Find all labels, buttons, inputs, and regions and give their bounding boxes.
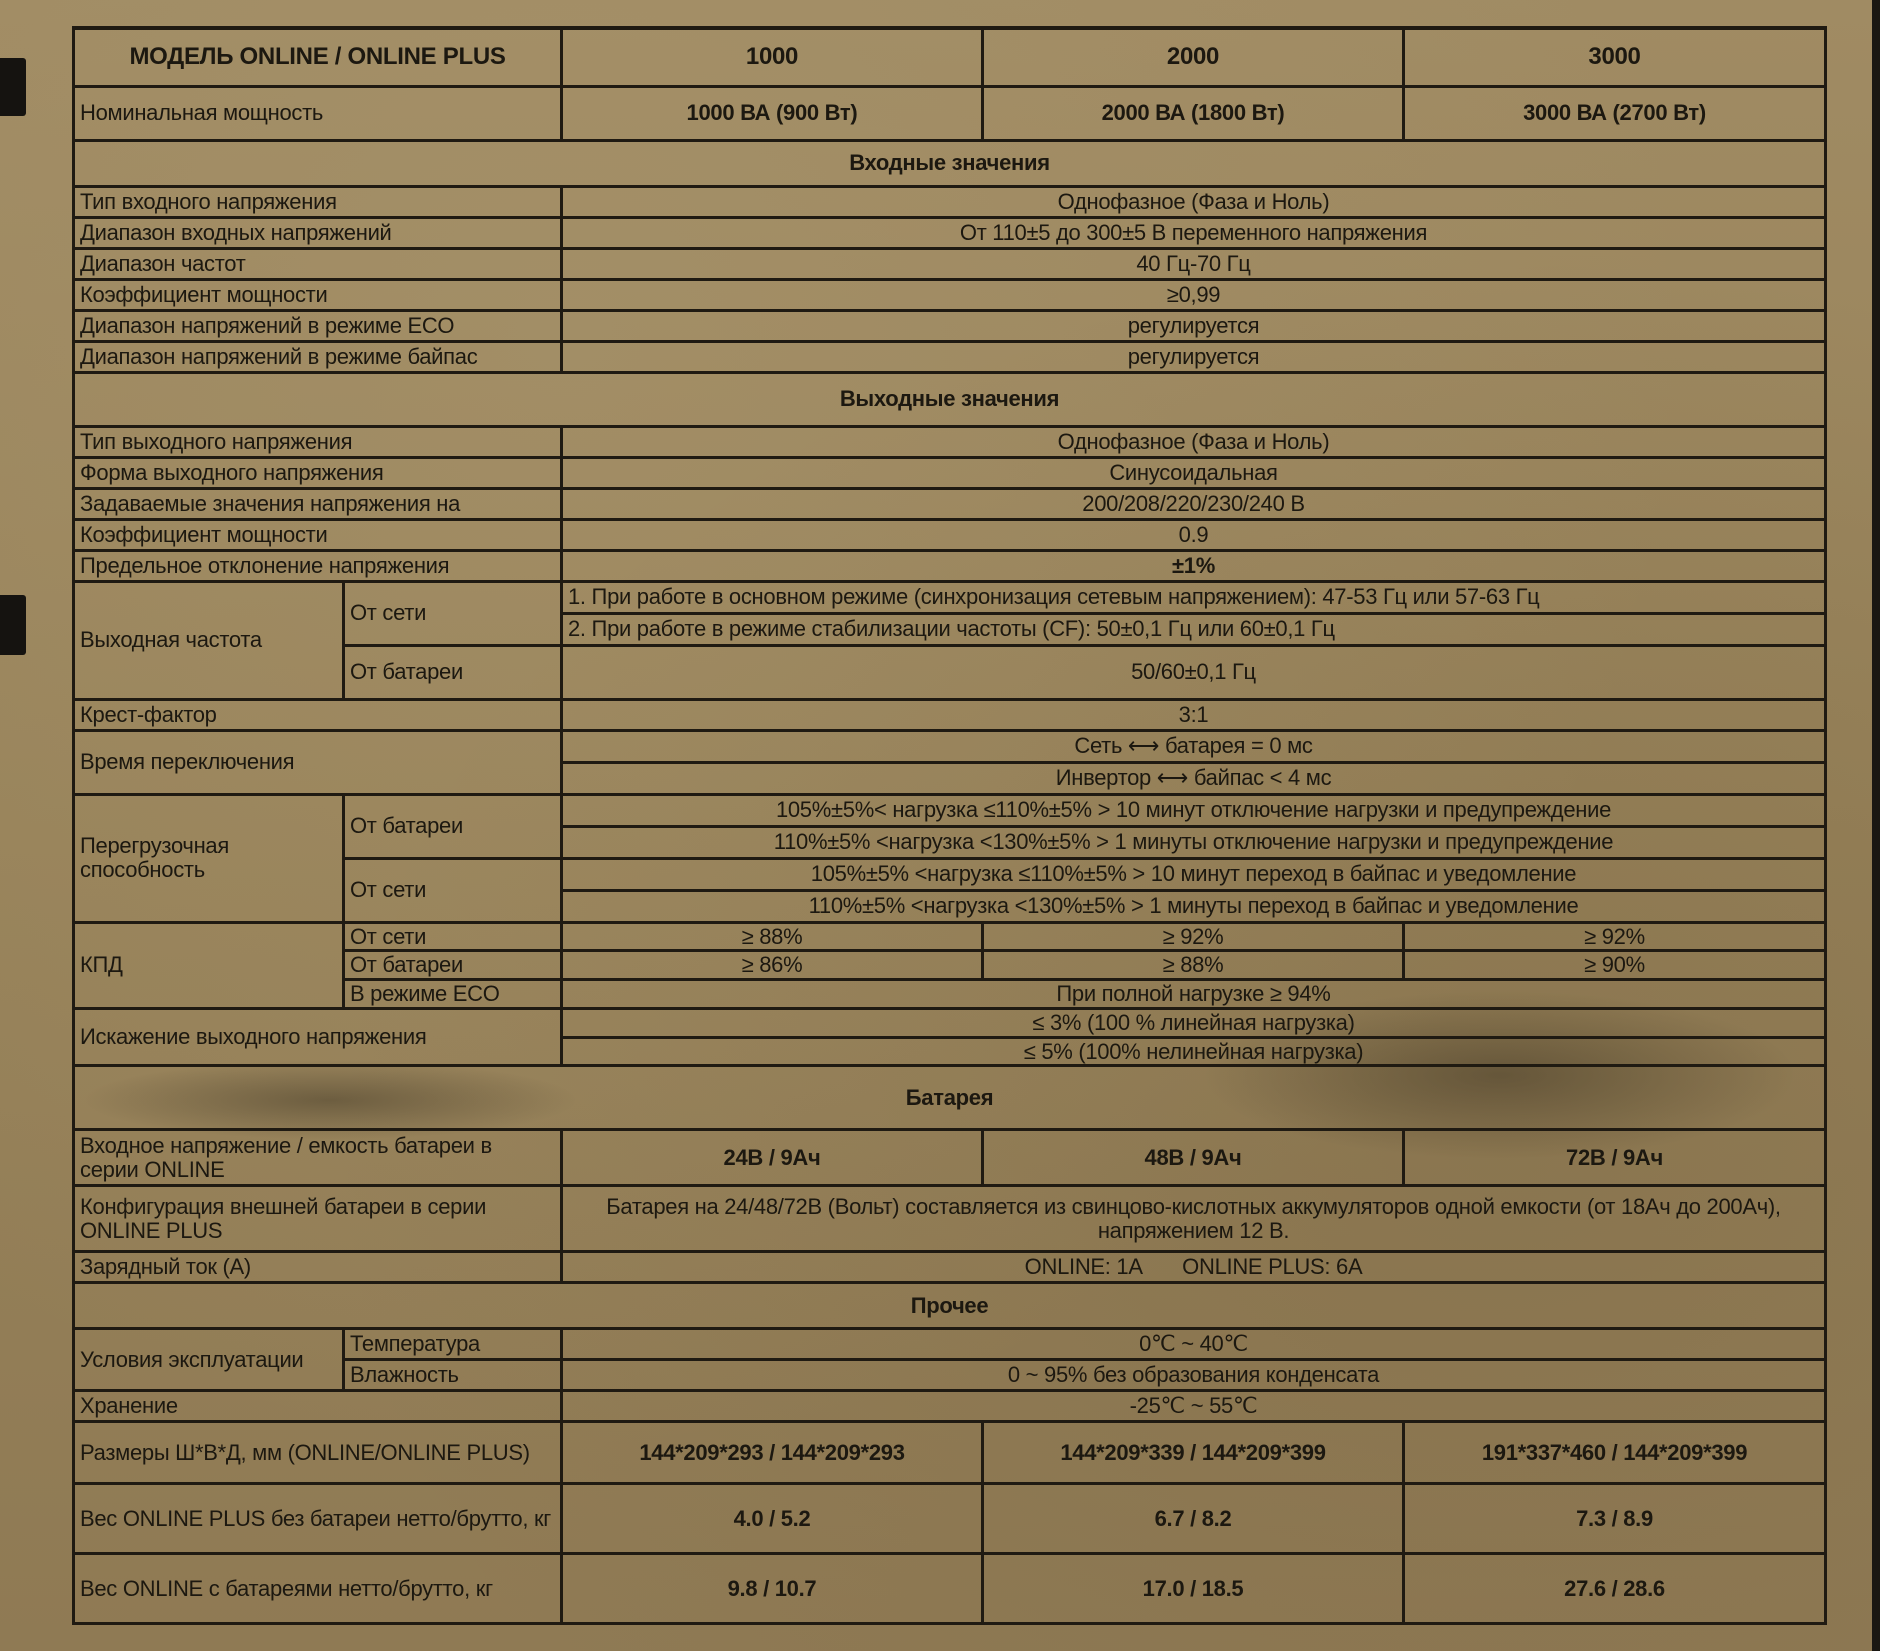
storage-value: -25℃ ~ 55℃ [562, 1391, 1826, 1422]
binder-tab-top [0, 58, 26, 116]
output-row: Форма выходного напряжения Синусоидальна… [74, 457, 1826, 488]
distortion-row: Искажение выходного напряжения ≤ 3% (100… [74, 1008, 1826, 1037]
rated-power-row: Номинальная мощность 1000 ВА (900 Вт) 20… [74, 86, 1826, 140]
storage-row: Хранение -25℃ ~ 55℃ [74, 1391, 1826, 1422]
battery-voltage-row: Входное напряжение / емкость батареи в с… [74, 1130, 1826, 1186]
overload-mains-value: 110%±5% <нагрузка <130%±5% > 1 минуты пе… [562, 890, 1826, 922]
rated-power-3000: 3000 ВА (2700 Вт) [1404, 86, 1826, 140]
section-other: Прочее [74, 1283, 1826, 1329]
battery-voltage-1000: 24В / 9Ач [562, 1130, 983, 1186]
input-row-label: Диапазон напряжений в режиме ECO [74, 310, 562, 341]
output-row: Тип выходного напряжения Однофазное (Фаз… [74, 426, 1826, 457]
output-frequency-battery-label: От батареи [344, 645, 562, 699]
weight-online-label: Вес ONLINE с батареями нетто/брутто, кг [74, 1554, 562, 1624]
overload-battery-value: 110%±5% <нагрузка <130%±5% > 1 минуты от… [562, 826, 1826, 858]
input-row-value: регулируется [562, 341, 1826, 372]
output-row-value: ±1% [562, 550, 1826, 581]
efficiency-mains-1000: ≥ 88% [562, 922, 983, 951]
operating-humidity-label: Влажность [344, 1360, 562, 1391]
weight-online-row: Вес ONLINE с батареями нетто/брутто, кг … [74, 1554, 1826, 1624]
section-output-title: Выходные значения [74, 372, 1826, 426]
overload-mains-value: 105%±5% <нагрузка ≤110%±5% > 10 минут пе… [562, 858, 1826, 890]
distortion-label: Искажение выходного напряжения [74, 1008, 562, 1066]
battery-config-row: Конфигурация внешней батареи в серии ONL… [74, 1186, 1826, 1252]
efficiency-eco-label: В режиме ECO [344, 980, 562, 1009]
section-output: Выходные значения [74, 372, 1826, 426]
output-frequency-mains-label: От сети [344, 581, 562, 645]
transfer-time-value: Инвертор ⟷ байпас < 4 мс [562, 762, 1826, 794]
output-frequency-battery-value: 50/60±0,1 Гц [562, 645, 1826, 699]
spec-table: МОДЕЛЬ ONLINE / ONLINE PLUS 1000 2000 30… [72, 26, 1827, 1625]
input-row-label: Диапазон частот [74, 248, 562, 279]
output-row: Предельное отклонение напряжения ±1% [74, 550, 1826, 581]
section-battery-title: Батарея [74, 1066, 1826, 1130]
output-row-value: Однофазное (Фаза и Ноль) [562, 426, 1826, 457]
dimensions-2000: 144*209*339 / 144*209*399 [983, 1422, 1404, 1484]
model-3000: 3000 [1404, 28, 1826, 86]
model-2000: 2000 [983, 28, 1404, 86]
efficiency-mains-label: От сети [344, 922, 562, 951]
section-battery: Батарея [74, 1066, 1826, 1130]
crest-factor-value: 3:1 [562, 699, 1826, 730]
weight-online-3000: 27.6 / 28.6 [1404, 1554, 1826, 1624]
efficiency-battery-label: От батареи [344, 951, 562, 980]
efficiency-label: КПД [74, 922, 344, 1008]
input-row-value: 40 Гц-70 Гц [562, 248, 1826, 279]
distortion-value: ≤ 5% (100% нелинейная нагрузка) [562, 1037, 1826, 1066]
dimensions-label: Размеры Ш*В*Д, мм (ONLINE/ONLINE PLUS) [74, 1422, 562, 1484]
input-row-value: От 110±5 до 300±5 В переменного напряжен… [562, 217, 1826, 248]
input-row-value: ≥0,99 [562, 279, 1826, 310]
overload-battery-label: От батареи [344, 794, 562, 858]
model-header-row: МОДЕЛЬ ONLINE / ONLINE PLUS 1000 2000 30… [74, 28, 1826, 86]
operating-temp-value: 0℃ ~ 40℃ [562, 1329, 1826, 1360]
charge-current-value: ONLINE: 1A ONLINE PLUS: 6A [562, 1252, 1826, 1283]
weight-plus-label: Вес ONLINE PLUS без батареи нетто/брутто… [74, 1484, 562, 1554]
input-row-label: Тип входного напряжения [74, 186, 562, 217]
weight-plus-3000: 7.3 / 8.9 [1404, 1484, 1826, 1554]
page-edge [1872, 0, 1880, 1651]
distortion-value: ≤ 3% (100 % линейная нагрузка) [562, 1008, 1826, 1037]
rated-power-label: Номинальная мощность [74, 86, 562, 140]
binder-tab-middle [0, 595, 26, 655]
output-frequency-mains-value: 2. При работе в режиме стабилизации част… [562, 613, 1826, 645]
output-row-label: Коэффициент мощности [74, 519, 562, 550]
input-row: Коэффициент мощности ≥0,99 [74, 279, 1826, 310]
model-1000: 1000 [562, 28, 983, 86]
input-row: Тип входного напряжения Однофазное (Фаза… [74, 186, 1826, 217]
efficiency-battery-1000: ≥ 86% [562, 951, 983, 980]
transfer-time-label: Время переключения [74, 730, 562, 794]
section-input-title: Входные значения [74, 140, 1826, 186]
weight-online-2000: 17.0 / 18.5 [983, 1554, 1404, 1624]
output-frequency-label: Выходная частота [74, 581, 344, 699]
battery-voltage-3000: 72В / 9Ач [1404, 1130, 1826, 1186]
output-row-value: 200/208/220/230/240 В [562, 488, 1826, 519]
output-row: Коэффициент мощности 0.9 [74, 519, 1826, 550]
operating-label: Условия эксплуатации [74, 1329, 344, 1391]
rated-power-1000: 1000 ВА (900 Вт) [562, 86, 983, 140]
output-row-label: Форма выходного напряжения [74, 457, 562, 488]
output-frequency-mains-value: 1. При работе в основном режиме (синхрон… [562, 581, 1826, 613]
output-row: Задаваемые значения напряжения на 200/20… [74, 488, 1826, 519]
weight-plus-2000: 6.7 / 8.2 [983, 1484, 1404, 1554]
battery-config-value: Батарея на 24/48/72В (Вольт) составляетс… [562, 1186, 1826, 1252]
output-row-value: 0.9 [562, 519, 1826, 550]
output-row-label: Задаваемые значения напряжения на [74, 488, 562, 519]
weight-online-1000: 9.8 / 10.7 [562, 1554, 983, 1624]
battery-voltage-label: Входное напряжение / емкость батареи в с… [74, 1130, 562, 1186]
battery-voltage-2000: 48В / 9Ач [983, 1130, 1404, 1186]
input-row: Диапазон частот 40 Гц-70 Гц [74, 248, 1826, 279]
input-row-value: Однофазное (Фаза и Ноль) [562, 186, 1826, 217]
crest-factor-label: Крест-фактор [74, 699, 562, 730]
battery-config-label: Конфигурация внешней батареи в серии ONL… [74, 1186, 562, 1252]
efficiency-battery-2000: ≥ 88% [983, 951, 1404, 980]
output-row-value: Синусоидальная [562, 457, 1826, 488]
operating-humidity-value: 0 ~ 95% без образования конденсата [562, 1360, 1826, 1391]
overload-label: Перегрузочная способность [74, 794, 344, 922]
model-label: МОДЕЛЬ ONLINE / ONLINE PLUS [74, 28, 562, 86]
crest-factor-row: Крест-фактор 3:1 [74, 699, 1826, 730]
input-row-value: регулируется [562, 310, 1826, 341]
input-row: Диапазон напряжений в режиме ECO регулир… [74, 310, 1826, 341]
input-row: Диапазон входных напряжений От 110±5 до … [74, 217, 1826, 248]
overload-mains-label: От сети [344, 858, 562, 922]
section-input: Входные значения [74, 140, 1826, 186]
transfer-time-value: Сеть ⟷ батарея = 0 мс [562, 730, 1826, 762]
output-row-label: Тип выходного напряжения [74, 426, 562, 457]
transfer-time-row: Время переключения Сеть ⟷ батарея = 0 мс [74, 730, 1826, 762]
efficiency-mains-3000: ≥ 92% [1404, 922, 1826, 951]
efficiency-eco-value: При полной нагрузке ≥ 94% [562, 980, 1826, 1009]
output-row-label: Предельное отклонение напряжения [74, 550, 562, 581]
weight-plus-1000: 4.0 / 5.2 [562, 1484, 983, 1554]
efficiency-mains-2000: ≥ 92% [983, 922, 1404, 951]
dimensions-1000: 144*209*293 / 144*209*293 [562, 1422, 983, 1484]
input-row: Диапазон напряжений в режиме байпас регу… [74, 341, 1826, 372]
charge-current-row: Зарядный ток (А) ONLINE: 1A ONLINE PLUS:… [74, 1252, 1826, 1283]
section-other-title: Прочее [74, 1283, 1826, 1329]
operating-row: Условия эксплуатации Температура 0℃ ~ 40… [74, 1329, 1826, 1360]
input-row-label: Диапазон напряжений в режиме байпас [74, 341, 562, 372]
input-row-label: Коэффициент мощности [74, 279, 562, 310]
efficiency-row: КПД От сети ≥ 88% ≥ 92% ≥ 92% [74, 922, 1826, 951]
operating-temp-label: Температура [344, 1329, 562, 1360]
weight-plus-row: Вес ONLINE PLUS без батареи нетто/брутто… [74, 1484, 1826, 1554]
input-row-label: Диапазон входных напряжений [74, 217, 562, 248]
storage-label: Хранение [74, 1391, 562, 1422]
charge-current-label: Зарядный ток (А) [74, 1252, 562, 1283]
efficiency-battery-3000: ≥ 90% [1404, 951, 1826, 980]
overload-row: Перегрузочная способность От батареи 105… [74, 794, 1826, 826]
rated-power-2000: 2000 ВА (1800 Вт) [983, 86, 1404, 140]
output-frequency-row: Выходная частота От сети 1. При работе в… [74, 581, 1826, 613]
overload-battery-value: 105%±5%< нагрузка ≤110%±5% > 10 минут от… [562, 794, 1826, 826]
dimensions-row: Размеры Ш*В*Д, мм (ONLINE/ONLINE PLUS) 1… [74, 1422, 1826, 1484]
dimensions-3000: 191*337*460 / 144*209*399 [1404, 1422, 1826, 1484]
